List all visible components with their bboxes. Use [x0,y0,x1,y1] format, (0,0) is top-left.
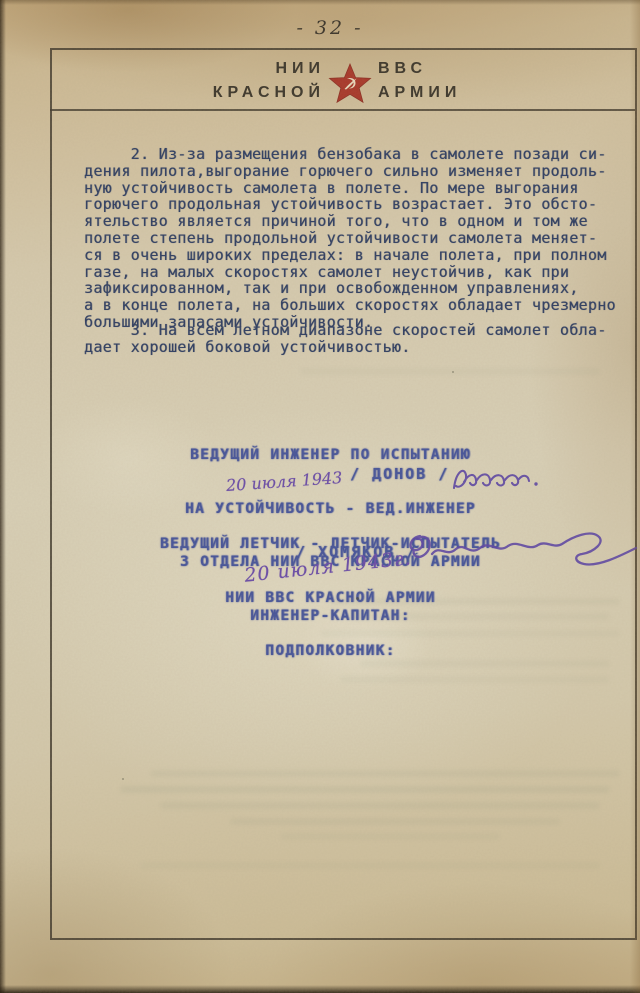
bleed-through-texture [280,833,500,840]
letterhead-nii: НИИ [50,60,325,78]
letterhead-krasnoy: КРАСНОЙ [50,84,325,102]
paragraph-3-lateral-stability: 3. На всем летном диапазоне скоростей са… [84,322,607,356]
pilot-rank-line: ПОДПОЛКОВНИК: [158,644,503,660]
scan-edge-left [0,0,6,993]
letterhead-divider-line [50,109,635,111]
ink-speck [122,778,124,780]
letterhead-armii: АРМИИ [378,84,461,102]
scan-edge-right [630,0,640,993]
bleed-through-texture [120,786,610,793]
donov-signature [448,460,540,498]
khomyakov-signature [398,522,640,580]
engineer-name: / ДОНОВ / [350,465,449,483]
bleed-through-texture [140,862,600,869]
paragraph-2-longitudinal-stability: 2. Из-за размещения бензобака в самолете… [84,146,616,331]
letterhead-vvs: ВВС [378,60,427,78]
pilot-title-line-2: НИИ ВВС КРАСНОЙ АРМИИ [158,591,503,607]
bleed-through-texture [160,802,600,809]
ink-speck [356,597,359,600]
scan-edge-bottom [0,985,640,993]
bleed-through-texture [300,368,600,375]
scan-edge-top [0,0,640,5]
bleed-through-texture [230,818,560,825]
bleed-through-texture [150,770,620,777]
page-number: - 32 - [260,17,400,39]
scanned-document-page: - 32 - НИИ ВВС КРАСНОЙ АРМИИ 2. Из-за ра… [0,0,640,993]
ink-speck [452,371,454,373]
red-star-hammer-sickle-icon [327,61,373,107]
